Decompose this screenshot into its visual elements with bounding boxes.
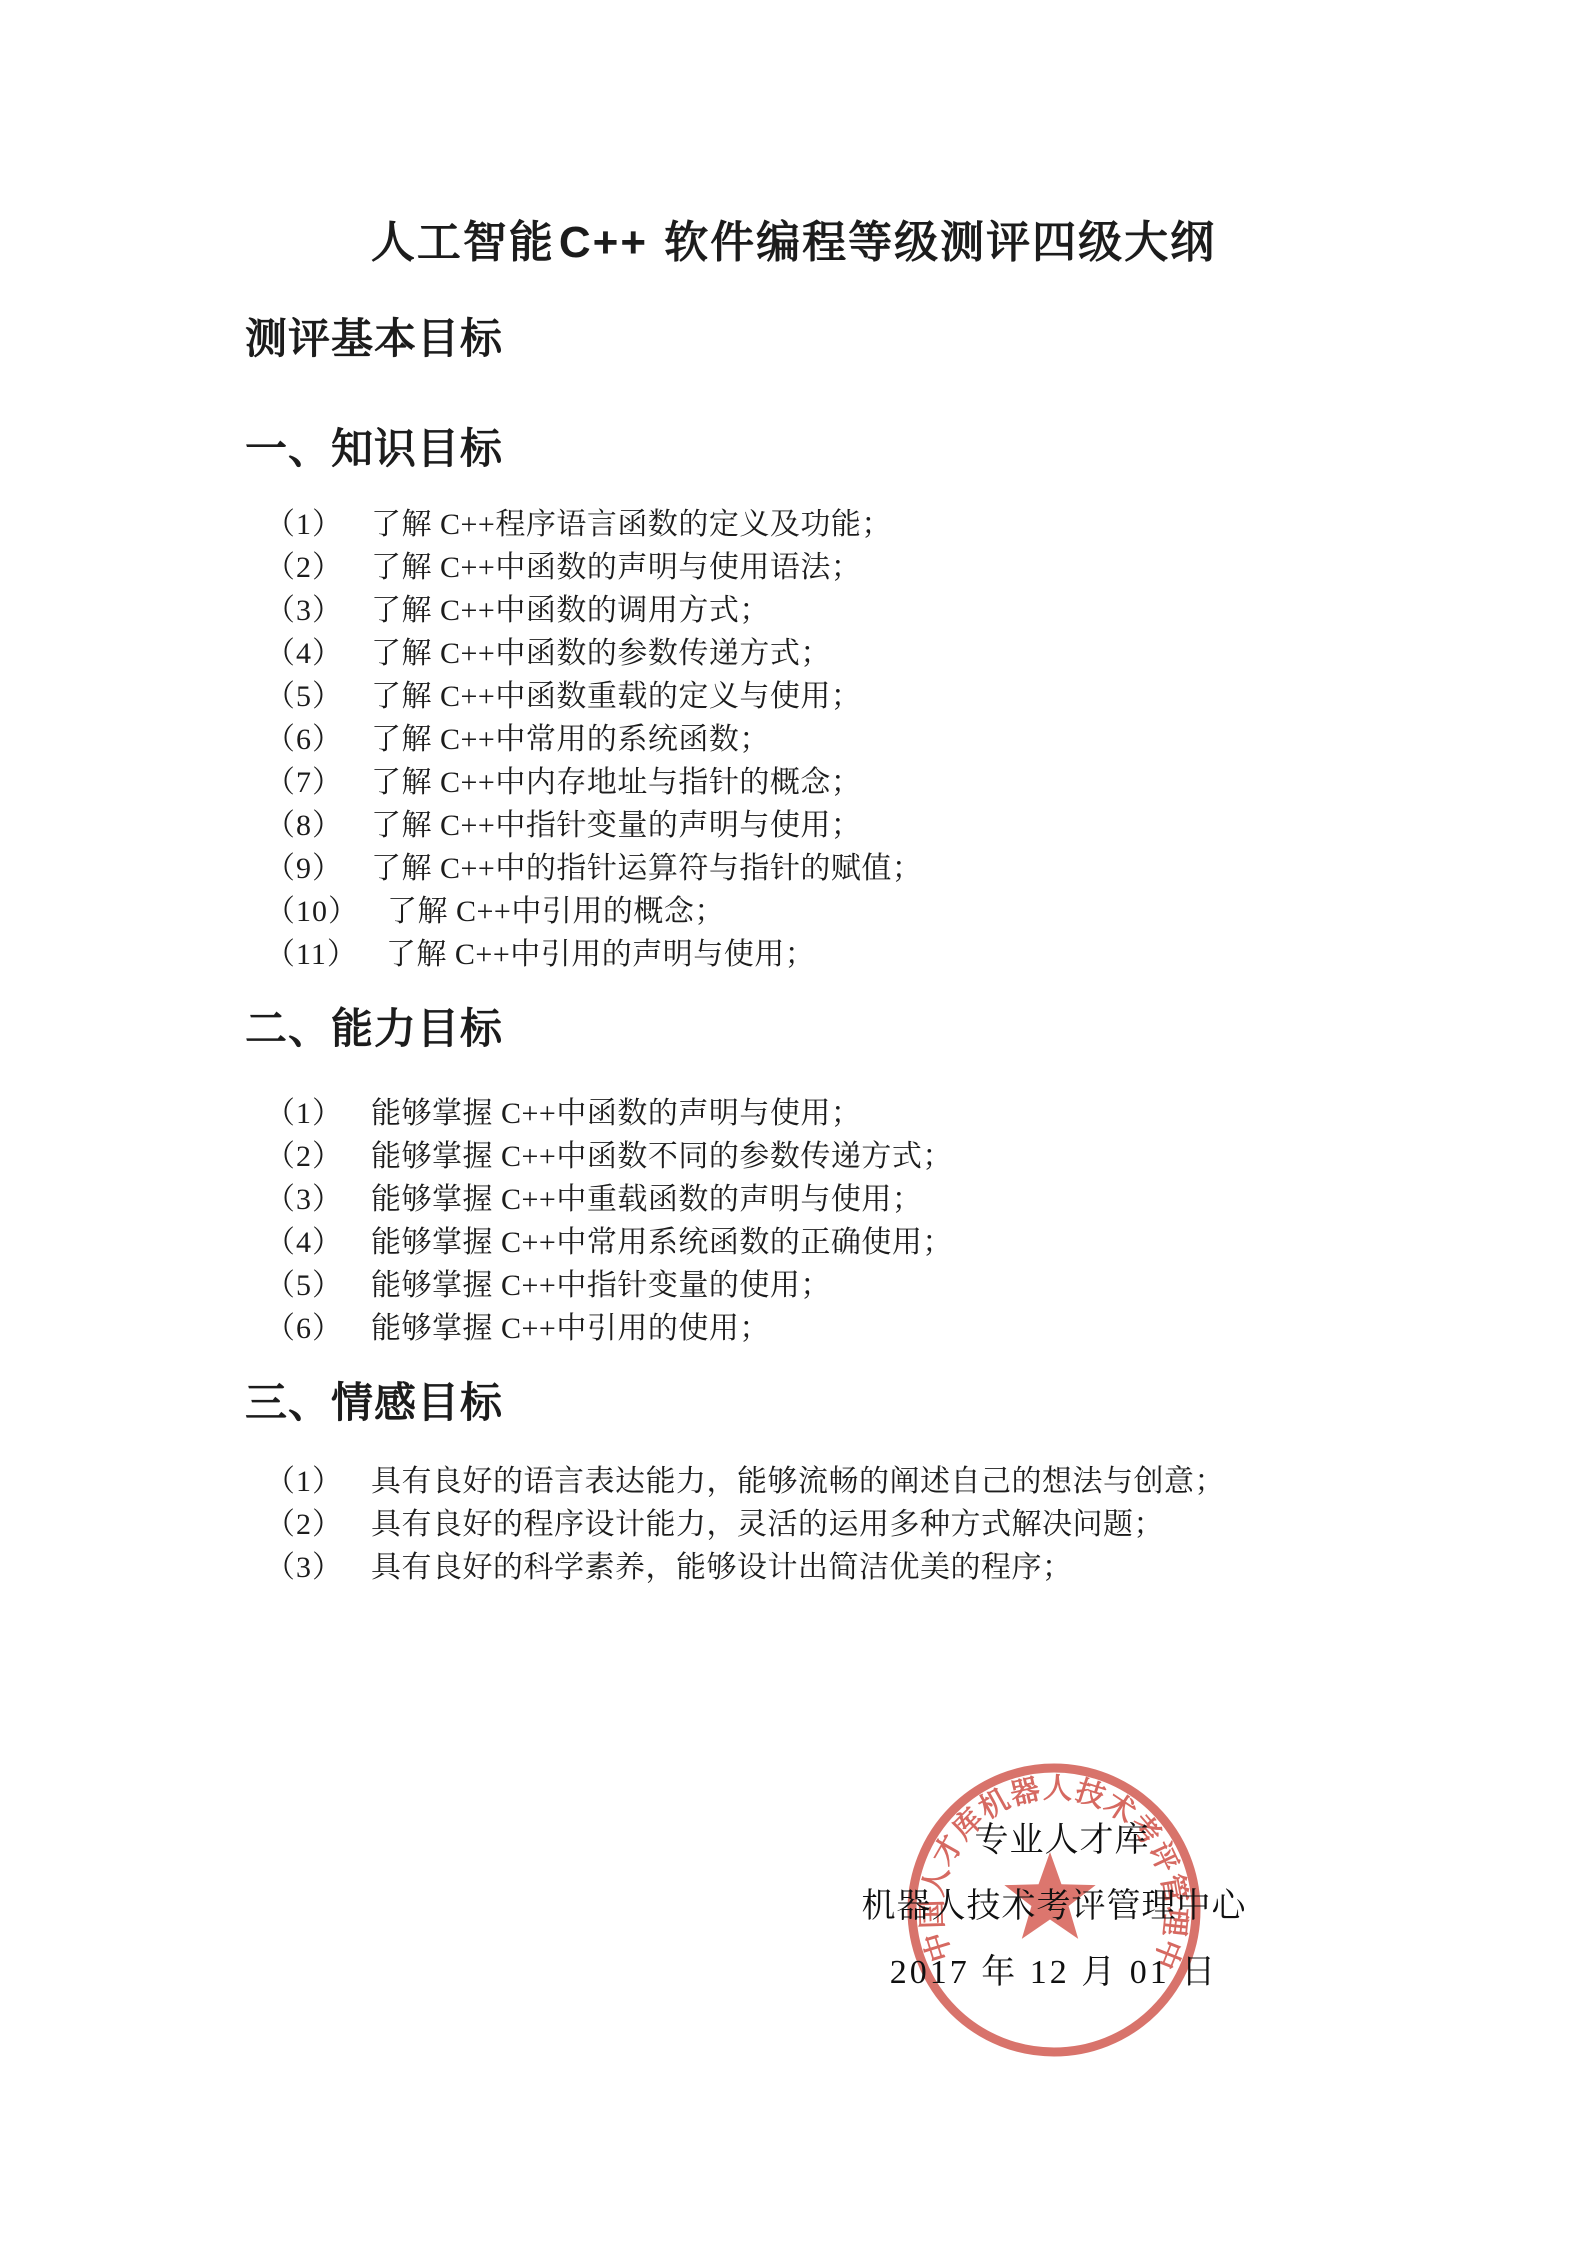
section-heading-ability: 二、能力目标: [245, 996, 503, 1056]
item-text: 了解 C++中函数的参数传递方式；: [371, 632, 831, 675]
item-number: （2）: [265, 1503, 343, 1546]
list-item: （4）能够掌握 C++中常用系统函数的正确使用；: [265, 1221, 1467, 1264]
item-number: （10）: [265, 890, 359, 933]
knowledge-objectives-list: （1）了解 C++程序语言函数的定义及功能； （2）了解 C++中函数的声明与使…: [265, 503, 1467, 976]
section-heading-emotion: 三、情感目标: [245, 1370, 503, 1430]
list-item: （3）具有良好的科学素养，能够设计出简洁优美的程序；: [265, 1546, 1467, 1589]
item-number: （2）: [265, 1135, 343, 1178]
item-text: 能够掌握 C++中重载函数的声明与使用；: [371, 1178, 922, 1221]
item-number: （1）: [265, 1460, 343, 1503]
list-item: （2）了解 C++中函数的声明与使用语法；: [265, 546, 1467, 589]
item-text: 了解 C++中引用的概念；: [387, 890, 725, 933]
list-item: （8）了解 C++中指针变量的声明与使用；: [265, 804, 1467, 847]
item-number: （4）: [265, 632, 343, 675]
title-latin-part: C++: [559, 218, 648, 267]
subtitle-heading: 测评基本目标: [245, 306, 503, 366]
list-item: （1）具有良好的语言表达能力，能够流畅的阐述自己的想法与创意；: [265, 1460, 1467, 1503]
seal-date-line: 2017 年 12 月 01 日: [890, 1944, 1219, 1993]
item-number: （6）: [265, 718, 343, 761]
item-number: （9）: [265, 847, 343, 890]
item-text: 具有良好的语言表达能力，能够流畅的阐述自己的想法与创意；: [371, 1460, 1225, 1503]
list-item: （9）了解 C++中的指针运算符与指针的赋值；: [265, 847, 1467, 890]
item-number: （11）: [265, 933, 358, 976]
item-text: 能够掌握 C++中引用的使用；: [371, 1307, 770, 1350]
item-number: （3）: [265, 1546, 343, 1589]
ability-objectives-list: （1）能够掌握 C++中函数的声明与使用； （2）能够掌握 C++中函数不同的参…: [265, 1092, 1467, 1350]
item-text: 了解 C++中的指针运算符与指针的赋值；: [371, 847, 922, 890]
document-page: 人工智能C++软件编程等级测评四级大纲 测评基本目标 一、知识目标 （1）了解 …: [0, 0, 1587, 2245]
seal-org-line2: 机器人技术考评管理中心: [862, 1878, 1247, 1927]
item-text: 了解 C++中函数的调用方式；: [371, 589, 770, 632]
item-number: （5）: [265, 675, 343, 718]
list-item: （2）具有良好的程序设计能力，灵活的运用多种方式解决问题；: [265, 1503, 1467, 1546]
item-number: （8）: [265, 804, 343, 847]
list-item: （1）了解 C++程序语言函数的定义及功能；: [265, 503, 1467, 546]
item-number: （4）: [265, 1221, 343, 1264]
item-text: 了解 C++中内存地址与指针的概念；: [371, 761, 861, 804]
list-item: （4）了解 C++中函数的参数传递方式；: [265, 632, 1467, 675]
item-number: （1）: [265, 1092, 343, 1135]
item-text: 了解 C++程序语言函数的定义及功能；: [371, 503, 892, 546]
document-title: 人工智能C++软件编程等级测评四级大纲: [0, 206, 1587, 270]
list-item: （3）能够掌握 C++中重载函数的声明与使用；: [265, 1178, 1467, 1221]
item-text: 能够掌握 C++中函数不同的参数传递方式；: [371, 1135, 953, 1178]
list-item: （1）能够掌握 C++中函数的声明与使用；: [265, 1092, 1467, 1135]
item-text: 具有良好的程序设计能力，灵活的运用多种方式解决问题；: [371, 1503, 1164, 1546]
emotion-objectives-list: （1）具有良好的语言表达能力，能够流畅的阐述自己的想法与创意； （2）具有良好的…: [265, 1460, 1467, 1589]
item-number: （3）: [265, 589, 343, 632]
list-item: （6）了解 C++中常用的系统函数；: [265, 718, 1467, 761]
item-text: 了解 C++中引用的声明与使用；: [386, 933, 815, 976]
list-item: （7）了解 C++中内存地址与指针的概念；: [265, 761, 1467, 804]
list-item: （6）能够掌握 C++中引用的使用；: [265, 1307, 1467, 1350]
official-seal-stamp: 中国人才库机器人技术考评管理中心 专业人才库 机器人技术考评管理中心 2017 …: [904, 1760, 1204, 2060]
item-text: 了解 C++中指针变量的声明与使用；: [371, 804, 861, 847]
title-cn-part2: 软件编程等级测评四级大纲: [664, 218, 1216, 267]
section-heading-knowledge: 一、知识目标: [245, 416, 503, 476]
item-number: （3）: [265, 1178, 343, 1221]
item-number: （2）: [265, 546, 343, 589]
item-text: 具有良好的科学素养，能够设计出简洁优美的程序；: [371, 1546, 1073, 1589]
list-item: （3）了解 C++中函数的调用方式；: [265, 589, 1467, 632]
list-item: （2）能够掌握 C++中函数不同的参数传递方式；: [265, 1135, 1467, 1178]
item-number: （5）: [265, 1264, 343, 1307]
item-text: 能够掌握 C++中常用系统函数的正确使用；: [371, 1221, 953, 1264]
item-number: （7）: [265, 761, 343, 804]
item-number: （1）: [265, 503, 343, 546]
item-text: 了解 C++中函数重载的定义与使用；: [371, 675, 861, 718]
list-item: （5）能够掌握 C++中指针变量的使用；: [265, 1264, 1467, 1307]
item-text: 能够掌握 C++中指针变量的使用；: [371, 1264, 831, 1307]
list-item: （10）了解 C++中引用的概念；: [265, 890, 1467, 933]
item-text: 了解 C++中常用的系统函数；: [371, 718, 770, 761]
title-cn-part1: 人工智能: [371, 218, 555, 267]
item-number: （6）: [265, 1307, 343, 1350]
list-item: （5）了解 C++中函数重载的定义与使用；: [265, 675, 1467, 718]
list-item: （11）了解 C++中引用的声明与使用；: [265, 933, 1467, 976]
item-text: 了解 C++中函数的声明与使用语法；: [371, 546, 861, 589]
seal-org-line1: 专业人才库: [975, 1812, 1150, 1861]
item-text: 能够掌握 C++中函数的声明与使用；: [371, 1092, 861, 1135]
